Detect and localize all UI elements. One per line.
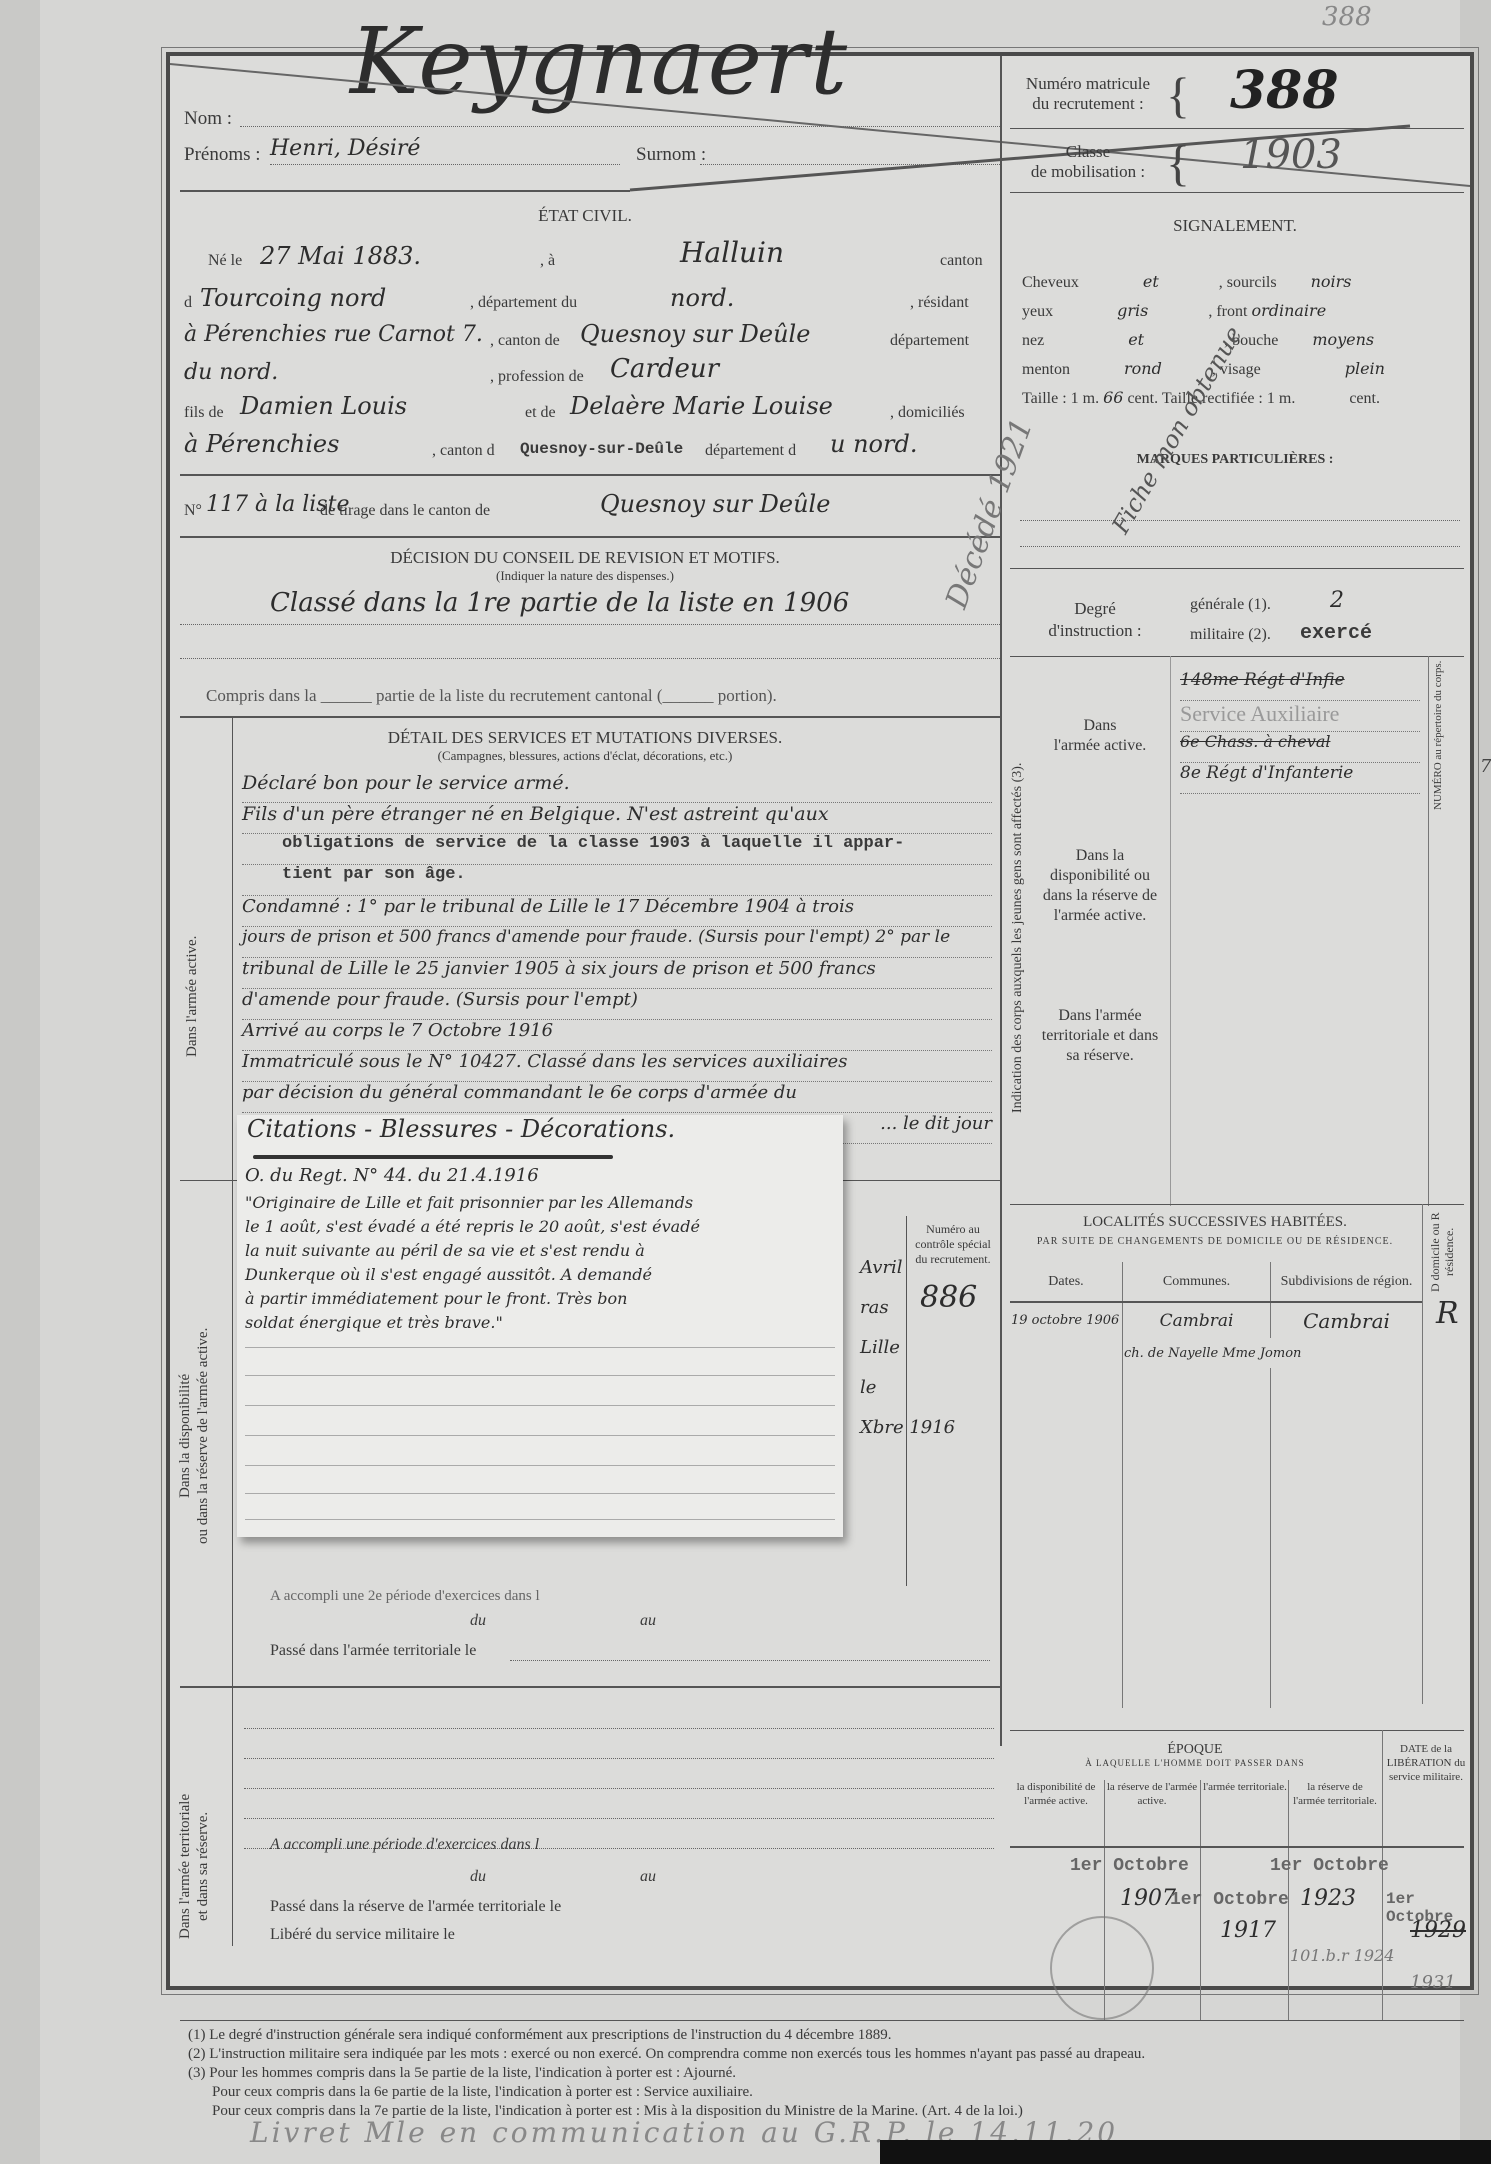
register-page: 388 Keygnaert Nom : Prénoms : Henri, Dés… <box>40 0 1460 2164</box>
libere-label: Libéré du service militaire le <box>270 1926 455 1944</box>
degre-label: Degréd'instruction : <box>1020 598 1170 642</box>
compris-text: Compris dans la ______ partie de la list… <box>206 686 777 706</box>
marques-label: MARQUES PARTICULIÈRES : <box>1000 452 1470 468</box>
footnotes: (1) Le degré d'instruction générale sera… <box>188 2026 1458 2121</box>
residence-departement: du nord. <box>184 360 278 385</box>
citation-card: Citations - Blessures - Décorations. O. … <box>237 1115 843 1537</box>
mother-name: Delaère Marie Louise <box>570 392 833 420</box>
residence-canton: Quesnoy sur Deûle <box>580 320 810 348</box>
corps-entries: 148me Régt d'Infie Service Auxiliaire 6e… <box>1180 670 1420 794</box>
citation-text: "Originaire de Lille et fait prisonnier … <box>245 1191 835 1335</box>
instruction-generale: 2 <box>1330 588 1344 613</box>
passe-territoriale: Passé dans l'armée territoriale le <box>270 1642 476 1660</box>
localites-row: ch. de Nayelle Mme Jomon <box>1010 1338 1422 1368</box>
side-label-territoriale: Dans l'armée territorialeet dans sa rése… <box>176 1746 212 1986</box>
matricule-value: 388 <box>1230 60 1339 121</box>
localites-table: Dates. Communes. Subdivisions de région.… <box>1010 1262 1422 1708</box>
detail-lines: Déclaré bon pour le service armé. Fils d… <box>242 772 992 1144</box>
epoque-title: ÉPOQUE <box>1010 1742 1380 1758</box>
partial-right-text: Avril ras Lille le Xbre 1916 <box>860 1248 955 1448</box>
classe-label: Classede mobilisation : <box>1018 142 1158 182</box>
localites-row: 19 octobre 1906 Cambrai Cambrai <box>1010 1302 1422 1338</box>
numero-value: 7109 <box>1480 756 1491 777</box>
liberation-title: DATE de la LIBÉRATION du service militai… <box>1384 1742 1468 1784</box>
father-name: Damien Louis <box>240 392 407 420</box>
corps-dispo-label: Dans la disponibilité ou dans la réserve… <box>1040 846 1160 926</box>
passe-reserve-territoriale: Passé dans la réserve de l'armée territo… <box>270 1898 561 1916</box>
citation-title: Citations - Blessures - Décorations. <box>247 1115 675 1143</box>
tirage-canton: Quesnoy sur Deûle <box>600 490 830 518</box>
postmark-stamp <box>1050 1916 1154 2020</box>
profession: Cardeur <box>610 354 719 384</box>
localites-type: R <box>1436 1296 1459 1331</box>
controle-label: Numéro au contrôle spécial du recrutemen… <box>910 1222 996 1267</box>
domicile-residence-label: D domicile ou R résidence. <box>1428 1212 1456 1292</box>
decision-value: Classé dans la 1re partie de la liste en… <box>270 588 849 618</box>
epoque-liberation: 1929 <box>1410 1918 1466 1943</box>
corps-terr-label: Dans l'armée territoriale et dans sa rés… <box>1040 1006 1160 1066</box>
birth-place: Halluin <box>680 236 784 269</box>
form-frame: Keygnaert Nom : Prénoms : Henri, Désiré … <box>166 52 1474 1990</box>
residence: à Pérenchies rue Carnot 7. <box>184 322 483 347</box>
side-label-disponibilite: Dans la disponibilitéou dans la réserve … <box>176 1286 212 1586</box>
signalement-title: SIGNALEMENT. <box>1000 216 1470 236</box>
epoque-territoriale: 1917 <box>1220 1918 1276 1943</box>
classe-value: 1903 <box>1240 132 1342 178</box>
corps-vertical-label: Indication des corps auxquels les jeunes… <box>1010 668 1026 1208</box>
parents-canton: Quesnoy-sur-Deûle <box>520 440 683 458</box>
decision-title: DÉCISION DU CONSEIL DE REVISION ET MOTIF… <box>170 548 1000 568</box>
controle-value: 886 <box>920 1280 977 1315</box>
localites-title: LOCALITÉS SUCCESSIVES HABITÉES. <box>1010 1214 1420 1231</box>
citation-reference: O. du Regt. N° 44. du 21.4.1916 <box>245 1165 539 1186</box>
corner-note: 388 <box>1322 2 1372 32</box>
dark-corner <box>880 2140 1491 2164</box>
etat-civil-title: ÉTAT CIVIL. <box>170 206 1000 226</box>
parents-departement: u nord. <box>830 430 917 458</box>
numero-repertoire-label: NUMÉRO au répertoire du corps. <box>1432 660 1444 810</box>
parents-domicile: à Pérenchies <box>184 430 339 458</box>
birth-date: 27 Mai 1883. <box>260 242 421 270</box>
birth-departement: nord. <box>670 284 734 312</box>
epoque-reserve-active: 1907 <box>1120 1886 1176 1911</box>
side-label-active: Dans l'armée active. <box>184 896 201 1096</box>
detail-title: DÉTAIL DES SERVICES ET MUTATIONS DIVERSE… <box>170 728 1000 748</box>
corps-active-label: Dansl'armée active. <box>1040 716 1160 756</box>
birth-canton: Tourcoing nord <box>200 284 386 312</box>
instruction-militaire: exercé <box>1300 622 1372 645</box>
epoque-reserve-territoriale: 1923 <box>1300 1886 1356 1911</box>
matricule-label: Numéro matriculedu recrutement : <box>1018 74 1158 114</box>
